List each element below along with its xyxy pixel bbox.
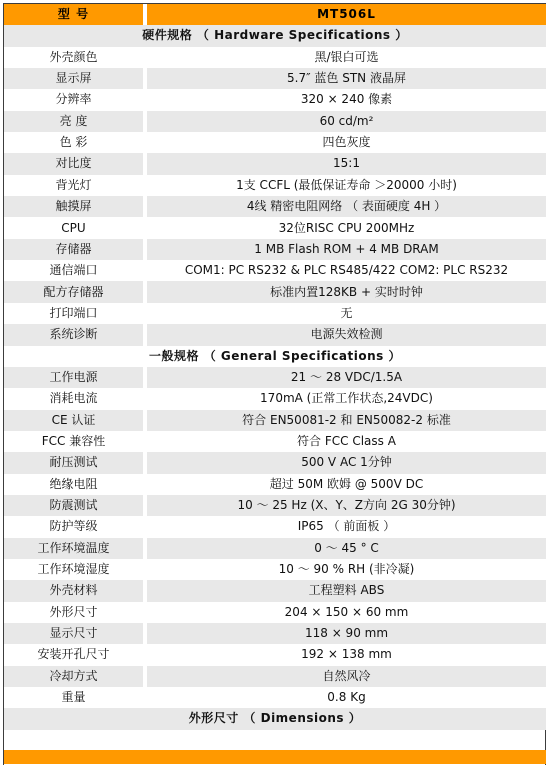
spec-value: 10 ～ 90 % RH (非冷凝) [147,559,546,580]
spec-row: 外壳材料工程塑料 ABS [4,580,546,601]
spec-label: 分辨率 [4,89,143,110]
spec-label: 防护等级 [4,516,143,537]
spec-row: 系统诊断电源失效检测 [4,324,546,345]
spec-label: 打印端口 [4,303,143,324]
spec-value: 21 ～ 28 VDC/1.5A [147,367,546,388]
spec-label: 绝缘电阻 [4,474,143,495]
section-title: 硬件规格 （ Hardware Specifications ） [4,25,546,46]
section-header-row: 外形尺寸 （ Dimensions ） [4,708,546,729]
spec-label: 显示屏 [4,68,143,89]
spec-value: 500 V AC 1分钟 [147,452,546,473]
spec-value: IP65 （ 前面板 ） [147,516,546,537]
spec-value: 1 MB Flash ROM + 4 MB DRAM [147,239,546,260]
spec-row: CE 认证符合 EN50081-2 和 EN50082-2 标准 [4,410,546,431]
spec-label: 对比度 [4,153,143,174]
spec-label: 系统诊断 [4,324,143,345]
spec-value: 0 ～ 45 ° C [147,538,546,559]
spec-row: 防护等级IP65 （ 前面板 ） [4,516,546,537]
section-header-row: 硬件规格 （ Hardware Specifications ） [4,25,546,46]
spec-label: 配方存储器 [4,281,143,302]
spec-value: 黑/银白可选 [147,47,546,68]
spec-row: 对比度15:1 [4,153,546,174]
spec-label: 存储器 [4,239,143,260]
spec-label: 背光灯 [4,175,143,196]
spec-row: 外壳颜色黑/银白可选 [4,47,546,68]
spec-value: 工程塑料 ABS [147,580,546,601]
spec-value: 0.8 Kg [147,687,546,708]
spec-label: CE 认证 [4,410,143,431]
spec-row: 耐压测试500 V AC 1分钟 [4,452,546,473]
spec-row: 触摸屏4线 精密电阻网络 （ 表面硬度 4H ） [4,196,546,217]
spec-value: 15:1 [147,153,546,174]
spec-label: 消耗电流 [4,388,143,409]
spec-value: 电源失效检测 [147,324,546,345]
spec-value: 1支 CCFL (最低保证寿命 ＞20000 小时) [147,175,546,196]
spec-value: COM1: PC RS232 & PLC RS485/422 COM2: PLC… [147,260,546,281]
spec-label: 外壳材料 [4,580,143,601]
spec-row: 安装开孔尺寸192 × 138 mm [4,644,546,665]
spec-label: CPU [4,217,143,238]
spec-value: 符合 FCC Class A [147,431,546,452]
spec-label: FCC 兼容性 [4,431,143,452]
spec-row: 冷却方式自然风冷 [4,666,546,687]
spec-row: 背光灯1支 CCFL (最低保证寿命 ＞20000 小时) [4,175,546,196]
model-label: 型 号 [4,4,143,25]
spec-row: 工作环境湿度10 ～ 90 % RH (非冷凝) [4,559,546,580]
spec-table: 型 号MT506L硬件规格 （ Hardware Specifications … [4,4,546,730]
spec-value: 204 × 150 × 60 mm [147,602,546,623]
spec-label: 工作环境温度 [4,538,143,559]
spec-value: 118 × 90 mm [147,623,546,644]
spec-value: 4线 精密电阻网络 （ 表面硬度 4H ） [147,196,546,217]
spec-label: 外形尺寸 [4,602,143,623]
spec-label: 通信端口 [4,260,143,281]
spec-label: 防震测试 [4,495,143,516]
spec-row: 显示屏5.7″ 蓝色 STN 液晶屏 [4,68,546,89]
model-value: MT506L [147,4,546,25]
spec-label: 重量 [4,687,143,708]
spec-value: 标准内置128KB + 实时时钟 [147,281,546,302]
spec-label: 触摸屏 [4,196,143,217]
spec-row: 分辨率320 × 240 像素 [4,89,546,110]
spec-row: 通信端口COM1: PC RS232 & PLC RS485/422 COM2:… [4,260,546,281]
spec-value: 10 ～ 25 Hz (X、Y、Z方向 2G 30分钟) [147,495,546,516]
spec-label: 显示尺寸 [4,623,143,644]
spec-value: 170mA (正常工作状态,24VDC) [147,388,546,409]
spec-value: 自然风冷 [147,666,546,687]
spec-row: CPU32位RISC CPU 200MHz [4,217,546,238]
spec-row: 工作环境温度0 ～ 45 ° C [4,538,546,559]
spec-label: 工作环境湿度 [4,559,143,580]
spec-label: 安装开孔尺寸 [4,644,143,665]
spec-value: 四色灰度 [147,132,546,153]
spec-row: 外形尺寸204 × 150 × 60 mm [4,602,546,623]
spec-label: 工作电源 [4,367,143,388]
spec-value: 超过 50M 欧姆 @ 500V DC [147,474,546,495]
spec-value: 符合 EN50081-2 和 EN50082-2 标准 [147,410,546,431]
spec-row: 色 彩四色灰度 [4,132,546,153]
spec-row: 亮 度60 cd/m² [4,111,546,132]
spec-label: 外壳颜色 [4,47,143,68]
spec-row: 绝缘电阻超过 50M 欧姆 @ 500V DC [4,474,546,495]
spec-row: 防震测试10 ～ 25 Hz (X、Y、Z方向 2G 30分钟) [4,495,546,516]
spec-value: 无 [147,303,546,324]
spec-value: 320 × 240 像素 [147,89,546,110]
spec-label: 亮 度 [4,111,143,132]
spec-row: 显示尺寸118 × 90 mm [4,623,546,644]
spec-row: 重量0.8 Kg [4,687,546,708]
spec-row: 工作电源21 ～ 28 VDC/1.5A [4,367,546,388]
spec-row: 打印端口无 [4,303,546,324]
footer-accent-bar [4,750,546,764]
model-header-row: 型 号MT506L [4,4,546,25]
spec-label: 冷却方式 [4,666,143,687]
spec-label: 色 彩 [4,132,143,153]
spec-value: 5.7″ 蓝色 STN 液晶屏 [147,68,546,89]
spec-value: 60 cd/m² [147,111,546,132]
spec-value: 192 × 138 mm [147,644,546,665]
section-title: 一般规格 （ General Specifications ） [4,346,546,367]
spec-row: 消耗电流170mA (正常工作状态,24VDC) [4,388,546,409]
spec-row: 存储器1 MB Flash ROM + 4 MB DRAM [4,239,546,260]
spec-row: 配方存储器标准内置128KB + 实时时钟 [4,281,546,302]
spec-value: 32位RISC CPU 200MHz [147,217,546,238]
section-header-row: 一般规格 （ General Specifications ） [4,346,546,367]
section-title: 外形尺寸 （ Dimensions ） [4,708,546,729]
spec-label: 耐压测试 [4,452,143,473]
spec-row: FCC 兼容性符合 FCC Class A [4,431,546,452]
